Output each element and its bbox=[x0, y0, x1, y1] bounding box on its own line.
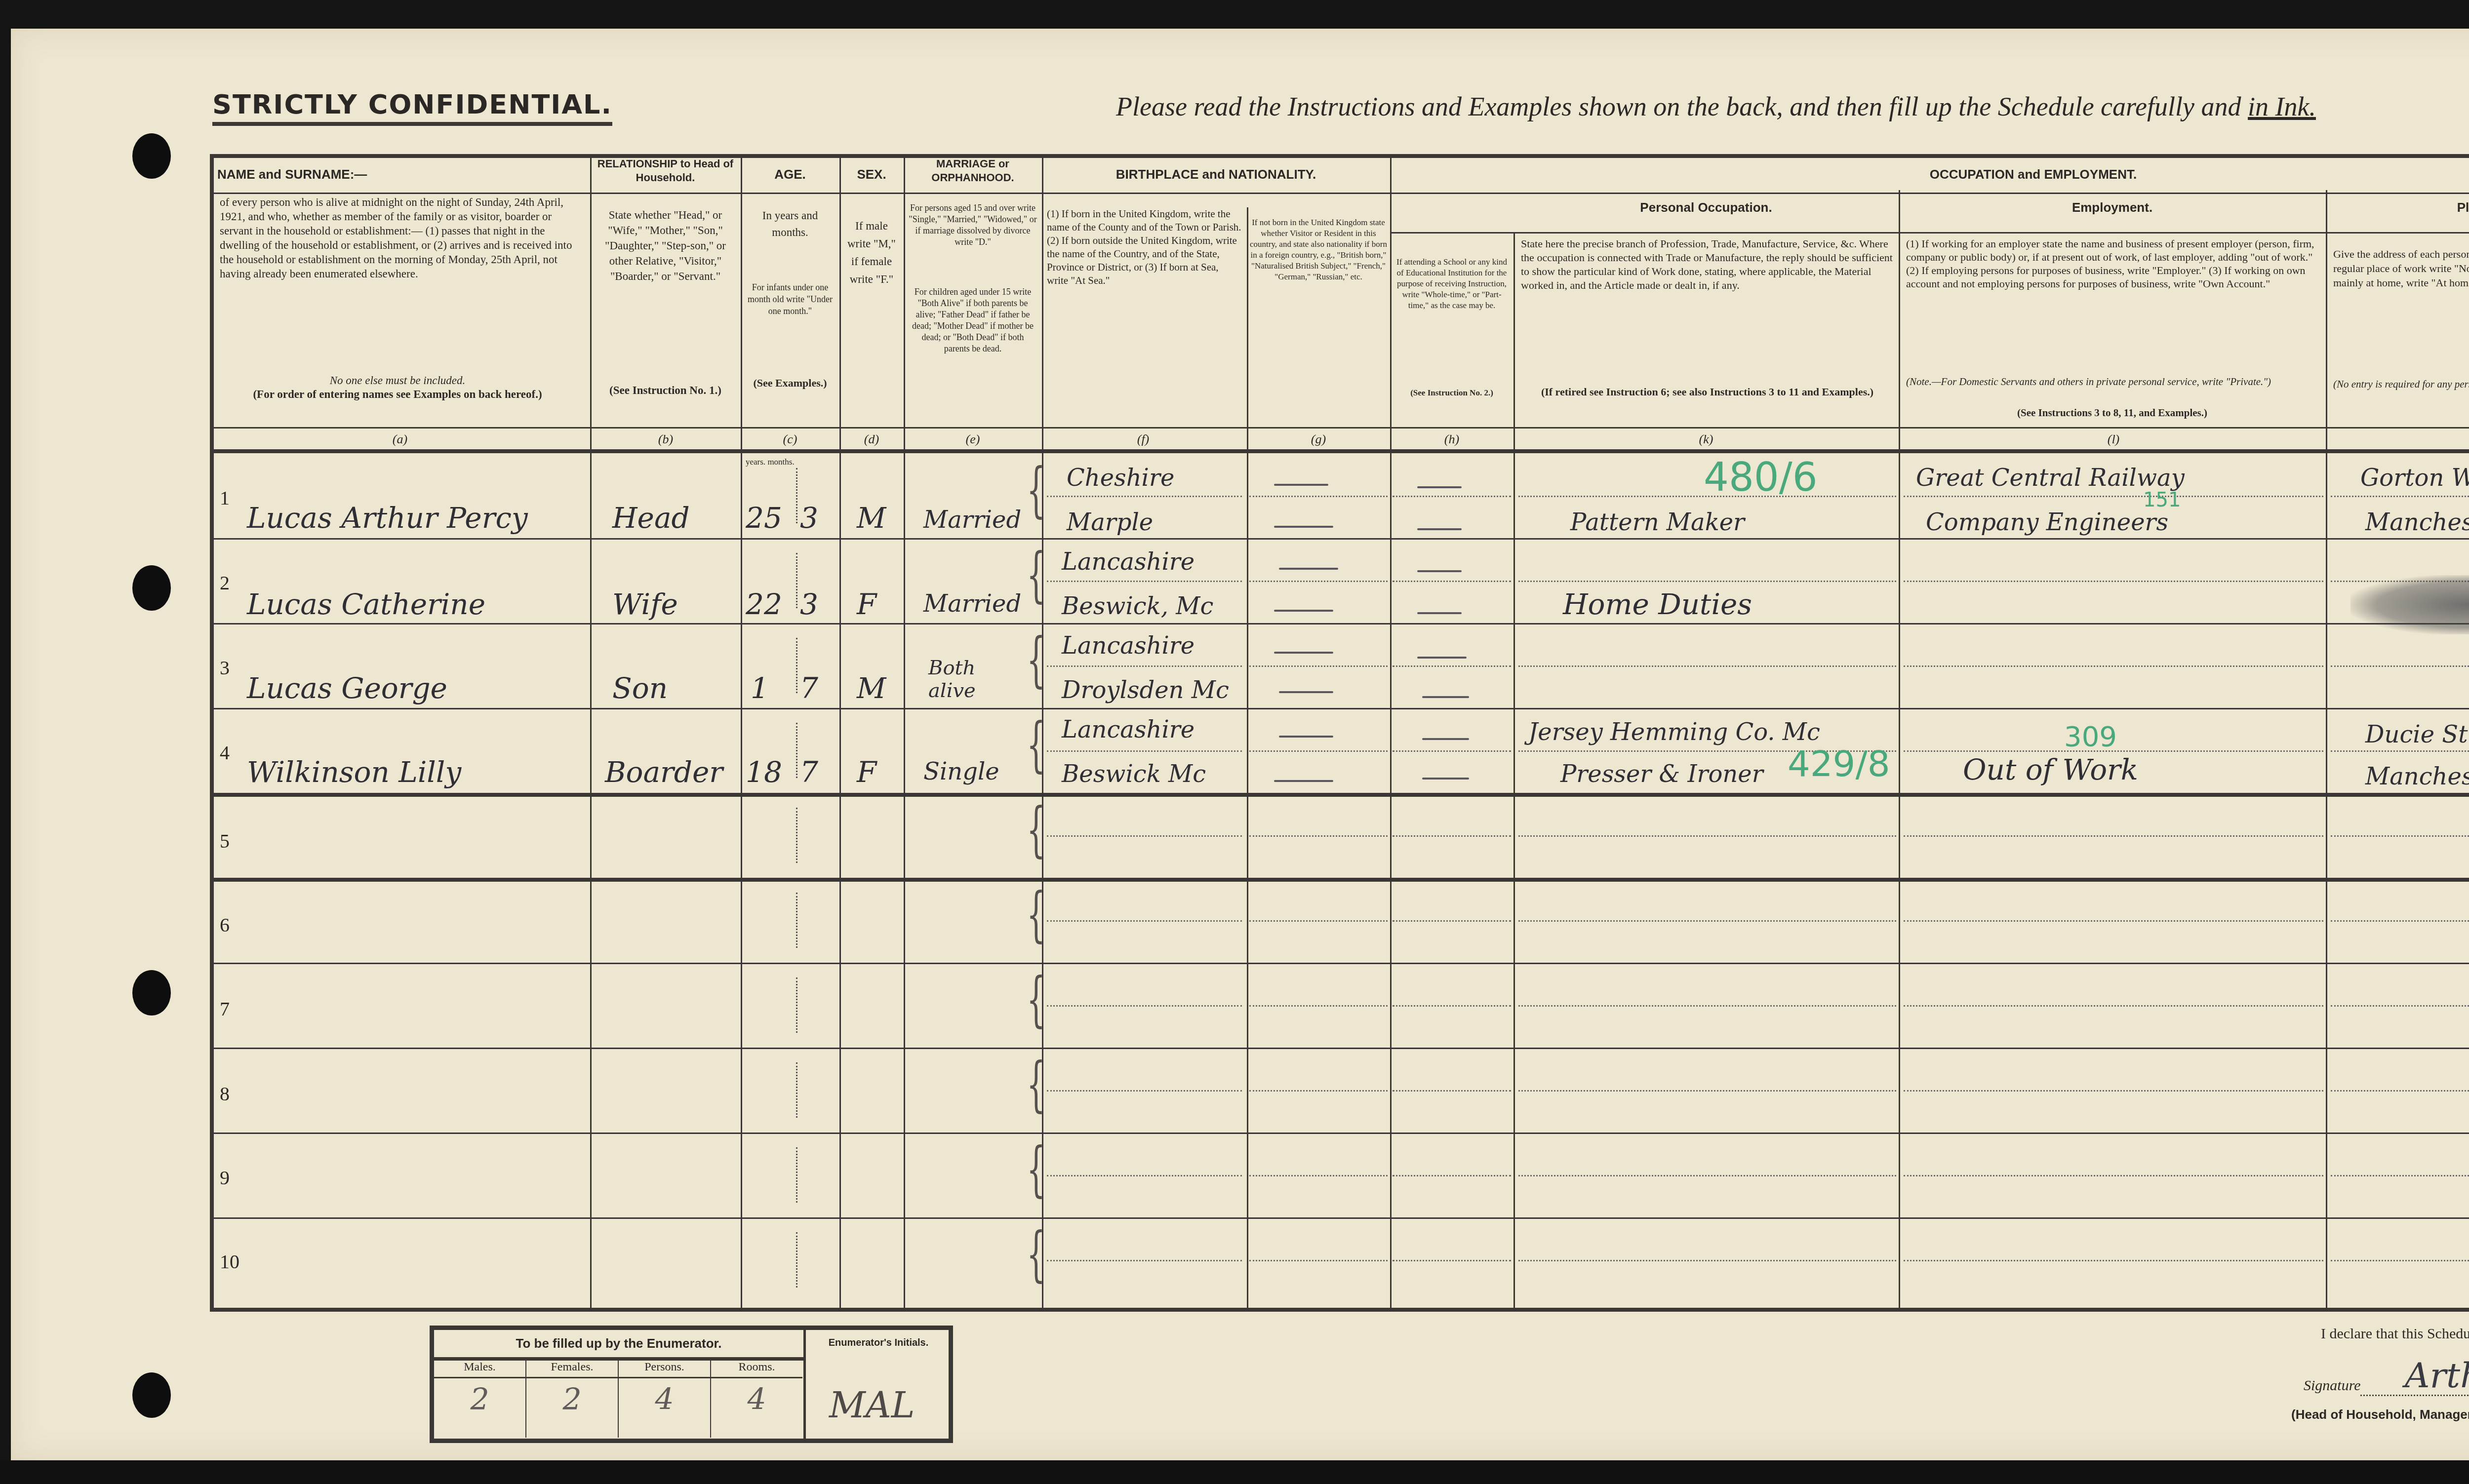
marriage-note: For children aged under 15 write "Both A… bbox=[909, 286, 1037, 354]
row-number: 9 bbox=[220, 1166, 230, 1189]
row-rule bbox=[212, 623, 2469, 625]
header-rule bbox=[212, 427, 2469, 429]
header-rule bbox=[1390, 232, 2469, 234]
dotted-guide bbox=[1249, 1175, 1388, 1176]
person-age-months: 7 bbox=[800, 671, 818, 705]
education-dash bbox=[1417, 486, 1462, 488]
dotted-guide bbox=[1249, 835, 1388, 837]
dotted-guide bbox=[1518, 665, 1896, 667]
punch-hole bbox=[132, 1372, 171, 1418]
age-separator bbox=[796, 468, 797, 523]
header-employment: Employment. bbox=[1899, 200, 2326, 215]
column-letter-g: (g) bbox=[1309, 432, 1328, 447]
nationality-dash bbox=[1274, 780, 1333, 782]
marriage-instructions: For persons aged 15 and over write "Sing… bbox=[909, 202, 1037, 248]
instructions-emphasis: in Ink. bbox=[2248, 92, 2316, 121]
place-of-work-instructions: Give the address of each person's place … bbox=[2333, 247, 2469, 290]
employment-footer: (See Instructions 3 to 8, 11, and Exampl… bbox=[1906, 405, 2318, 421]
row-number: 4 bbox=[220, 741, 230, 764]
employment-code-annotation: 309 bbox=[2064, 721, 2117, 753]
name-instructions: of every person who is alive at midnight… bbox=[220, 195, 575, 281]
column-letter-a: (a) bbox=[390, 432, 410, 447]
dotted-guide bbox=[1249, 665, 1388, 667]
person-age-months: 7 bbox=[800, 755, 818, 789]
place-of-work-note: (No entry is required for any person who… bbox=[2333, 378, 2469, 391]
row-rule bbox=[212, 878, 2469, 882]
column-divider bbox=[2326, 190, 2327, 1312]
declaration-text: I declare that this Schedule is correctl… bbox=[2321, 1326, 2469, 1342]
dotted-guide bbox=[1393, 1005, 1511, 1007]
nationality-dash bbox=[1274, 484, 1328, 486]
header-marriage: MARRIAGE or ORPHANHOOD. bbox=[904, 157, 1042, 185]
rooms-label: Rooms. bbox=[711, 1361, 802, 1378]
employer-code-annotation: 151 bbox=[2143, 489, 2181, 511]
dotted-guide bbox=[1904, 920, 2323, 922]
person-age-years: 25 bbox=[746, 501, 782, 535]
dotted-guide bbox=[1393, 750, 1511, 752]
birth-town: Droylsden Mc bbox=[1062, 676, 1229, 704]
column-letter-k: (k) bbox=[1696, 432, 1716, 447]
header-relationship: RELATIONSHIP to Head of Household. bbox=[590, 157, 741, 185]
dotted-guide bbox=[1393, 665, 1511, 667]
nationality-dash bbox=[1279, 691, 1333, 693]
dotted-guide bbox=[1904, 1090, 2323, 1092]
person-marriage: Married bbox=[923, 506, 1021, 534]
occupation-footer: (If retired see Instruction 6; see also … bbox=[1521, 385, 1894, 399]
row-rule bbox=[212, 1217, 2469, 1219]
employer-line-2: Company Engineers bbox=[1926, 508, 2168, 536]
birthplace-instructions: (1) If born in the United Kingdom, write… bbox=[1047, 207, 1242, 287]
column-letter-b: (b) bbox=[656, 432, 676, 447]
person-sex: F bbox=[857, 587, 876, 621]
person-name: Lucas George bbox=[247, 671, 447, 705]
column-letter-f: (f) bbox=[1133, 432, 1153, 447]
dotted-guide bbox=[1249, 581, 1388, 582]
row-number: 8 bbox=[220, 1082, 230, 1105]
employer-line-1: Great Central Railway bbox=[1916, 464, 2185, 492]
brace-glyph: { bbox=[1027, 1055, 1045, 1114]
person-name: Lucas Arthur Percy bbox=[247, 501, 528, 535]
birth-county: Cheshire bbox=[1067, 464, 1174, 492]
females-count: 2 bbox=[526, 1382, 618, 1417]
person-age-years: 22 bbox=[746, 587, 782, 621]
sex-instructions: If male write "M," if female write "F." bbox=[844, 217, 899, 288]
column-letter-h: (h) bbox=[1442, 432, 1462, 447]
row-rule bbox=[212, 963, 2469, 964]
row-number: 1 bbox=[220, 486, 230, 509]
column-divider bbox=[1899, 190, 1900, 1312]
header-rule bbox=[212, 193, 2469, 194]
dotted-guide bbox=[1047, 1090, 1242, 1092]
dotted-guide bbox=[1393, 496, 1511, 497]
person-sex: M bbox=[857, 501, 886, 535]
row-rule bbox=[212, 1133, 2469, 1134]
instructions-text: Please read the Instructions and Example… bbox=[1116, 92, 2248, 121]
signature-note: (Head of Household, Manager of Establish… bbox=[2291, 1407, 2469, 1422]
dotted-guide bbox=[1904, 1175, 2323, 1176]
age-separator bbox=[796, 893, 797, 948]
years-label: years. bbox=[746, 457, 765, 467]
header-place-of-work: Place of Work. bbox=[2326, 200, 2469, 215]
brace-glyph: { bbox=[1027, 1140, 1045, 1199]
brace-glyph: { bbox=[1027, 715, 1045, 775]
dotted-guide bbox=[1047, 1260, 1242, 1261]
birth-county: Lancashire bbox=[1062, 632, 1195, 660]
brace-glyph: { bbox=[1027, 970, 1045, 1029]
dotted-guide bbox=[1047, 1005, 1242, 1007]
nationality-dash bbox=[1274, 610, 1333, 612]
dotted-guide bbox=[1393, 1260, 1511, 1261]
dotted-guide bbox=[2331, 1005, 2469, 1007]
employment-note: (Note.—For Domestic Servants and others … bbox=[1906, 375, 2318, 388]
birth-town: Beswick, Mc bbox=[1062, 592, 1213, 620]
age-separator bbox=[796, 638, 797, 693]
females-cell: Females.2 bbox=[526, 1361, 618, 1417]
dotted-guide bbox=[2331, 665, 2469, 667]
birth-town: Beswick Mc bbox=[1062, 760, 1206, 788]
birth-county: Lancashire bbox=[1062, 716, 1195, 743]
education-dash bbox=[1417, 528, 1462, 530]
nationality-dash bbox=[1274, 526, 1333, 528]
name-footer: (For order of entering names see Example… bbox=[220, 388, 575, 401]
males-count: 2 bbox=[434, 1382, 525, 1417]
person-relationship: Son bbox=[612, 671, 668, 705]
persons-cell: Persons.4 bbox=[619, 1361, 710, 1417]
males-label: Males. bbox=[434, 1361, 525, 1378]
dotted-guide bbox=[1518, 1175, 1896, 1176]
name-note: No one else must be included. bbox=[220, 373, 575, 389]
column-letter-l: (l) bbox=[2104, 432, 2123, 447]
education-dash bbox=[1417, 657, 1467, 659]
age-subheader: years. months. bbox=[746, 454, 795, 470]
enumerator-initials-header: Enumerator's Initials. bbox=[807, 1337, 950, 1349]
dotted-guide bbox=[1047, 750, 1242, 752]
dotted-guide bbox=[2331, 496, 2469, 497]
dotted-guide bbox=[1904, 1005, 2323, 1007]
dotted-guide bbox=[1249, 1260, 1388, 1261]
education-dash bbox=[1417, 612, 1462, 614]
dotted-guide bbox=[1393, 1090, 1511, 1092]
person-name: Wilkinson Lilly bbox=[247, 755, 461, 789]
dotted-guide bbox=[1393, 581, 1511, 582]
person-relationship: Head bbox=[612, 501, 690, 535]
age-separator bbox=[796, 808, 797, 863]
occupation-instructions: State here the precise branch of Profess… bbox=[1521, 237, 1894, 292]
person-age-months: 3 bbox=[800, 501, 818, 535]
persons-label: Persons. bbox=[619, 1361, 710, 1378]
signature-label: Signature bbox=[2304, 1377, 2361, 1394]
education-dash bbox=[1417, 570, 1462, 572]
page-bottom-edge bbox=[0, 1460, 2469, 1484]
dotted-guide bbox=[1249, 920, 1388, 922]
relationship-footer: (See Instruction No. 1.) bbox=[595, 383, 736, 398]
person-marriage: Married bbox=[923, 590, 1021, 618]
education-dash bbox=[1422, 778, 1469, 780]
employment-instructions: (1) If working for an employer state the… bbox=[1906, 237, 2318, 290]
census-table bbox=[210, 154, 2469, 1312]
column-divider bbox=[741, 154, 742, 1312]
header-birthplace: BIRTHPLACE and NATIONALITY. bbox=[1042, 167, 1390, 182]
person-marriage: Single bbox=[923, 758, 999, 785]
dotted-guide bbox=[2331, 1260, 2469, 1261]
males-cell: Males.2 bbox=[434, 1361, 525, 1417]
person-relationship: Boarder bbox=[605, 755, 723, 789]
age-separator bbox=[796, 1147, 797, 1203]
persons-count: 4 bbox=[619, 1382, 710, 1417]
work-place-line-2: Manchester bbox=[2365, 763, 2469, 790]
brace-glyph: { bbox=[1027, 885, 1045, 944]
dotted-guide bbox=[1047, 835, 1242, 837]
person-age-months: 3 bbox=[800, 587, 818, 621]
instructions-line: Please read the Instructions and Example… bbox=[1116, 91, 2316, 122]
dotted-guide bbox=[1393, 920, 1511, 922]
age-footer: (See Examples.) bbox=[746, 375, 835, 391]
row-rule bbox=[212, 538, 2469, 540]
enumerator-box-header: To be filled up by the Enumerator. bbox=[434, 1330, 803, 1361]
rooms-cell: Rooms.4 bbox=[711, 1361, 802, 1417]
rooms-count: 4 bbox=[711, 1382, 802, 1417]
dotted-guide bbox=[1047, 920, 1242, 922]
header-name: NAME and SURNAME:— bbox=[217, 167, 415, 182]
dotted-guide bbox=[1249, 1005, 1388, 1007]
work-place-line-1: Gorton Works bbox=[2360, 464, 2469, 492]
dotted-guide bbox=[1518, 835, 1896, 837]
punch-hole bbox=[132, 565, 171, 611]
person-marriage: Both alive bbox=[928, 657, 1027, 702]
punch-hole bbox=[132, 133, 171, 179]
age-separator bbox=[796, 723, 797, 778]
column-divider bbox=[839, 154, 841, 1312]
work-place-line-1: Ducie St bbox=[2365, 721, 2468, 748]
age-note: For infants under one month old write "U… bbox=[746, 281, 835, 317]
signature: Arthur Percy Lucas bbox=[2405, 1355, 2469, 1396]
personal-occupation: Pattern Maker bbox=[1570, 508, 1745, 536]
header-personal-occupation: Personal Occupation. bbox=[1513, 200, 1899, 215]
dotted-guide bbox=[1518, 920, 1896, 922]
dotted-guide bbox=[1047, 496, 1242, 497]
column-divider bbox=[1390, 154, 1392, 1312]
birth-town: Marple bbox=[1067, 508, 1153, 536]
person-age-years: 1 bbox=[751, 671, 769, 705]
dotted-guide bbox=[1904, 581, 2323, 582]
column-divider bbox=[590, 154, 592, 1312]
page-title: STRICTLY CONFIDENTIAL. bbox=[212, 89, 612, 126]
education-instructions: If attending a School or any kind of Edu… bbox=[1393, 257, 1511, 311]
dotted-guide bbox=[1249, 750, 1388, 752]
row-number: 6 bbox=[220, 913, 230, 937]
column-divider bbox=[904, 154, 905, 1312]
dotted-guide bbox=[1518, 1260, 1896, 1261]
dotted-guide bbox=[1904, 1260, 2323, 1261]
age-separator bbox=[796, 553, 797, 608]
months-label: months. bbox=[767, 457, 794, 467]
punch-hole bbox=[132, 970, 171, 1015]
dotted-guide bbox=[2331, 1090, 2469, 1092]
row-rule bbox=[212, 793, 2469, 797]
employment-status: Out of Work bbox=[1963, 753, 2138, 786]
header-age: AGE. bbox=[741, 167, 839, 182]
dotted-guide bbox=[1518, 581, 1896, 582]
personal-occupation-line-2: Presser & Ironer bbox=[1560, 760, 1763, 788]
column-divider bbox=[1513, 232, 1515, 1312]
dotted-guide bbox=[1249, 496, 1388, 497]
age-separator bbox=[796, 1232, 797, 1288]
row-number: 3 bbox=[220, 656, 230, 679]
education-dash bbox=[1422, 738, 1469, 740]
personal-occupation-line-1: Jersey Hemming Co. Mc bbox=[1528, 718, 1820, 746]
brace-glyph: { bbox=[1027, 546, 1045, 605]
box-divider bbox=[803, 1330, 806, 1439]
education-footer: (See Instruction No. 2.) bbox=[1393, 385, 1511, 401]
smudged-entry bbox=[2350, 575, 2469, 634]
nationality-dash bbox=[1279, 736, 1333, 738]
row-number: 2 bbox=[220, 571, 230, 594]
column-letter-c: (c) bbox=[780, 432, 800, 447]
dotted-guide bbox=[1904, 665, 2323, 667]
dotted-guide bbox=[1518, 1005, 1896, 1007]
dotted-guide bbox=[2331, 920, 2469, 922]
row-number: 7 bbox=[220, 997, 230, 1020]
brace-glyph: { bbox=[1027, 630, 1045, 690]
nationality-dash bbox=[1274, 652, 1333, 654]
dotted-guide bbox=[1047, 665, 1242, 667]
brace-glyph: { bbox=[1027, 461, 1045, 520]
relationship-instructions: State whether "Head," or "Wife," "Mother… bbox=[595, 207, 736, 284]
personal-occupation: Home Duties bbox=[1563, 587, 1752, 621]
dotted-guide bbox=[2331, 835, 2469, 837]
work-place-line-2: Manchester bbox=[2365, 508, 2469, 536]
dotted-guide bbox=[2331, 1175, 2469, 1176]
row-number: 5 bbox=[220, 829, 230, 853]
age-instructions: In years and months. bbox=[746, 207, 835, 241]
header-sex: SEX. bbox=[839, 167, 904, 182]
person-relationship: Wife bbox=[612, 587, 678, 621]
dotted-guide bbox=[1047, 581, 1242, 582]
brace-glyph: { bbox=[1027, 1225, 1045, 1284]
nationality-instructions: If not born in the United Kingdom state … bbox=[1249, 217, 1388, 282]
column-letter-d: (d) bbox=[862, 432, 881, 447]
occupation-code-annotation: 480/6 bbox=[1704, 454, 1818, 500]
occupation-code-annotation: 429/8 bbox=[1788, 743, 1890, 784]
brace-glyph: { bbox=[1027, 800, 1045, 859]
dotted-guide bbox=[1393, 1175, 1511, 1176]
person-sex: M bbox=[857, 671, 886, 705]
birth-county: Lancashire bbox=[1062, 548, 1195, 576]
enumerator-summary-box: To be filled up by the Enumerator. Enume… bbox=[430, 1326, 953, 1443]
person-sex: F bbox=[857, 755, 876, 789]
column-divider bbox=[1247, 207, 1248, 1312]
row-number: 10 bbox=[220, 1250, 239, 1273]
dotted-guide bbox=[1904, 835, 2323, 837]
nationality-dash bbox=[1279, 568, 1338, 570]
row-rule bbox=[212, 708, 2469, 709]
row-rule bbox=[212, 1048, 2469, 1049]
dotted-guide bbox=[2331, 750, 2469, 752]
header-rule bbox=[212, 449, 2469, 453]
dotted-guide bbox=[1249, 1090, 1388, 1092]
person-age-years: 18 bbox=[746, 755, 782, 789]
age-separator bbox=[796, 977, 797, 1033]
dotted-guide bbox=[1518, 1090, 1896, 1092]
header-occupation: OCCUPATION and EMPLOYMENT. bbox=[1390, 167, 2469, 182]
person-name: Lucas Catherine bbox=[247, 587, 485, 621]
column-letter-e: (e) bbox=[963, 432, 983, 447]
dotted-guide bbox=[1393, 835, 1511, 837]
education-dash bbox=[1422, 696, 1469, 698]
enumerator-initials: MAL bbox=[829, 1384, 915, 1426]
dotted-guide bbox=[1047, 1175, 1242, 1176]
age-separator bbox=[796, 1062, 797, 1118]
dotted-guide bbox=[1904, 496, 2323, 497]
females-label: Females. bbox=[526, 1361, 618, 1378]
